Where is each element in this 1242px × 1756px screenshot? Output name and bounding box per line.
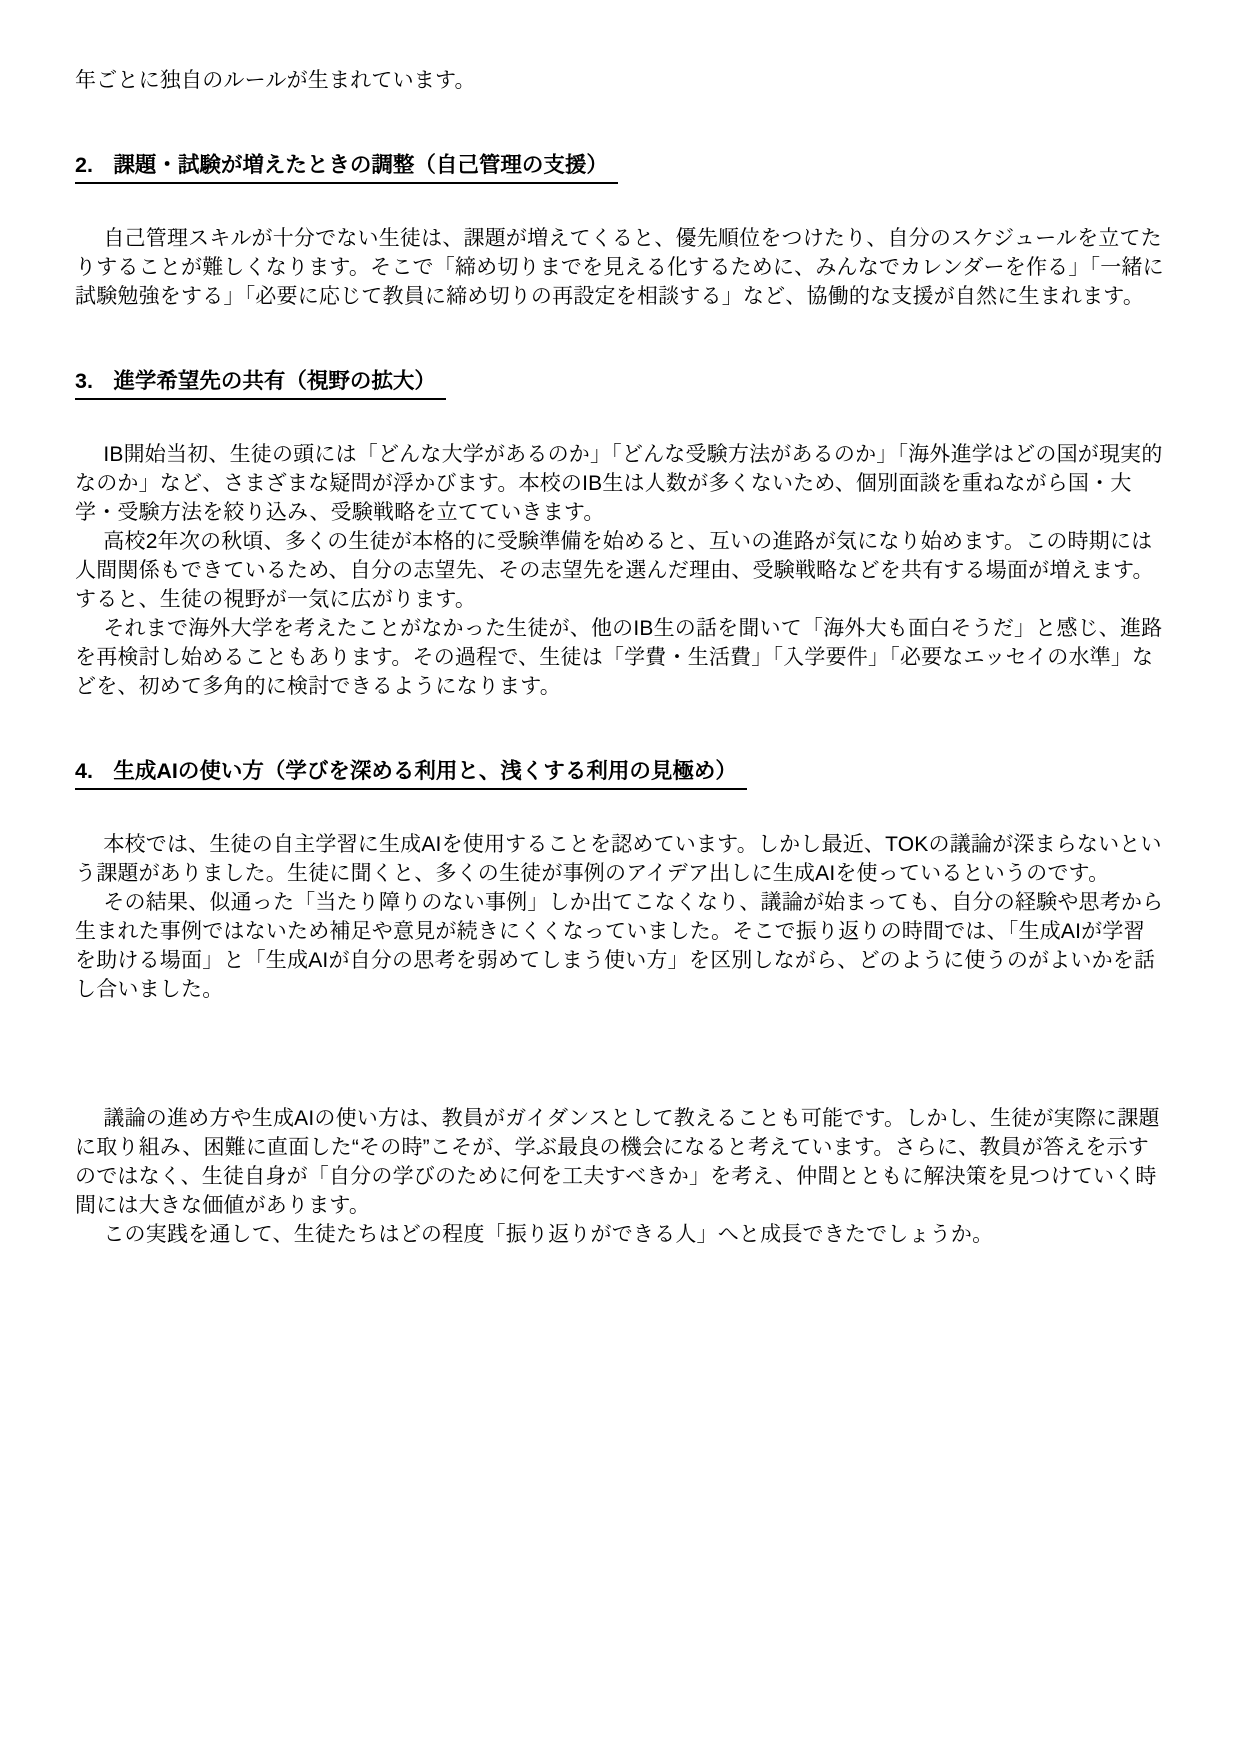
section-number: 2. <box>75 151 93 180</box>
section-heading: 3.進学希望先の共有（視野の拡大） <box>75 367 1164 400</box>
paragraph-spacer <box>75 1004 1164 1104</box>
paragraph: 年ごとに独自のルールが生まれています。 <box>75 66 1164 95</box>
paragraph: 高校2年次の秋頃、多くの生徒が本格的に受験準備を始めると、互いの進路が気になり始… <box>75 527 1164 614</box>
section-heading: 2.課題・試験が増えたときの調整（自己管理の支援） <box>75 151 1164 184</box>
section-number: 3. <box>75 367 93 396</box>
section-heading-underline: 2.課題・試験が増えたときの調整（自己管理の支援） <box>75 151 618 184</box>
section-heading-underline: 4.生成AIの使い方（学びを深める利用と、浅くする利用の見極め） <box>75 757 747 790</box>
paragraph: それまで海外大学を考えたことがなかった生徒が、他のIB生の話を聞いて「海外大も面… <box>75 614 1164 701</box>
paragraph: 議論の進め方や生成AIの使い方は、教員がガイダンスとして教えることも可能です。し… <box>75 1104 1164 1220</box>
document-page: 年ごとに独自のルールが生まれています。 2.課題・試験が増えたときの調整（自己管… <box>0 0 1242 1756</box>
paragraph: IB開始当初、生徒の頭には「どんな大学があるのか」「どんな受験方法があるのか」「… <box>75 440 1164 527</box>
section-heading-underline: 3.進学希望先の共有（視野の拡大） <box>75 367 446 400</box>
section-title: 生成AIの使い方（学びを深める利用と、浅くする利用の見極め） <box>113 759 737 783</box>
section-title: 課題・試験が増えたときの調整（自己管理の支援） <box>113 153 608 177</box>
section-heading: 4.生成AIの使い方（学びを深める利用と、浅くする利用の見極め） <box>75 757 1164 790</box>
paragraph: この実践を通して、生徒たちはどの程度「振り返りができる人」へと成長できたでしょう… <box>75 1220 1164 1249</box>
paragraph: 自己管理スキルが十分でない生徒は、課題が増えてくると、優先順位をつけたり、自分の… <box>75 224 1164 311</box>
paragraph: 本校では、生徒の自主学習に生成AIを使用することを認めています。しかし最近、TO… <box>75 830 1164 888</box>
paragraph: その結果、似通った「当たり障りのない事例」しか出てこなくなり、議論が始まっても、… <box>75 888 1164 1004</box>
section-title: 進学希望先の共有（視野の拡大） <box>113 369 436 393</box>
section-number: 4. <box>75 757 93 786</box>
